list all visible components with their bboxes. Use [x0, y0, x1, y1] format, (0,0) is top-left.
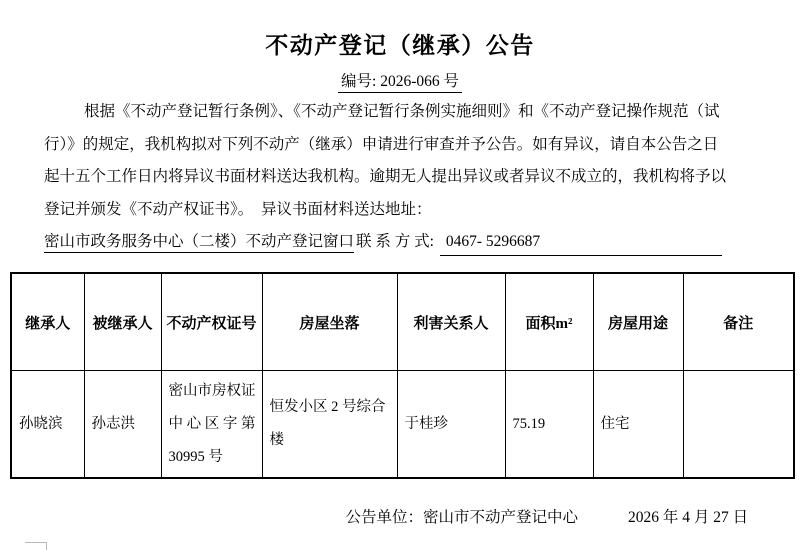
contact-phone: 0467- 5296687 — [440, 230, 722, 256]
col-header-house-location: 房屋坐落 — [262, 273, 397, 371]
col-header-remarks: 备注 — [683, 273, 794, 371]
col-header-decedent: 被继承人 — [84, 273, 161, 371]
cell-cert-number: 密山市房权证 中 心 区 字 第 30995 号 — [161, 371, 262, 479]
notice-line: 根据《不动产登记暂行条例》、《不动产登记暂行条例实施细则》和《不动产登记操作规范… — [44, 96, 758, 129]
contact-label: 联 系 方 式: — [354, 233, 440, 250]
address-line: 密山市政务服务中心（二楼）不动产登记窗口联 系 方 式: 0467- 52966… — [44, 226, 758, 259]
notice-body: 根据《不动产登记暂行条例》、《不动产登记暂行条例实施细则》和《不动产登记操作规范… — [44, 96, 758, 259]
footer: 公告单位：密山市不动产登记中心2026 年 4 月 27 日 — [330, 487, 748, 545]
doc-number: 编号: 2026-066 号 — [338, 73, 462, 93]
document-page: 不动产登记（继承）公告 编号: 2026-066 号 根据《不动产登记暂行条例》… — [0, 0, 800, 550]
notice-line: 行）》的规定，我机构拟对下列不动产（继承）申请进行审查并予公告。如有异议，请自本… — [44, 129, 758, 162]
doc-number-line: 编号: 2026-066 号 — [0, 69, 800, 91]
col-header-house-use: 房屋用途 — [593, 273, 683, 371]
issuing-unit: 公告单位：密山市不动产登记中心 — [346, 509, 579, 526]
cell-heir: 孙晓滨 — [11, 371, 84, 479]
col-header-area: 面积m² — [505, 273, 593, 371]
col-header-heir: 继承人 — [11, 273, 84, 371]
cell-decedent: 孙志洪 — [84, 371, 161, 479]
table-header-row: 继承人 被继承人 不动产权证号 房屋坐落 利害关系人 面积m² 房屋用途 备注 — [11, 273, 794, 371]
col-header-stakeholder: 利害关系人 — [397, 273, 505, 371]
cell-stakeholder: 于桂珍 — [397, 371, 505, 479]
delivery-address: 密山市政务服务中心（二楼）不动产登记窗口 — [44, 233, 354, 253]
notice-line: 登记并颁发《不动产权证书》。 异议书面材料送达地址： — [44, 194, 758, 227]
table-row: 孙晓滨 孙志洪 密山市房权证 中 心 区 字 第 30995 号 恒发小区 2 … — [11, 371, 794, 479]
cell-remarks — [683, 371, 794, 479]
page-corner-mark — [25, 542, 47, 550]
page-title: 不动产登记（继承）公告 — [0, 27, 800, 60]
cell-house-use: 住宅 — [593, 371, 683, 479]
col-header-cert-number: 不动产权证号 — [161, 273, 262, 371]
issue-date: 2026 年 4 月 27 日 — [628, 509, 748, 526]
cell-area: 75.19 — [505, 371, 593, 479]
cell-house-location: 恒发小区 2 号综合 楼 — [262, 371, 397, 479]
notice-line: 起十五个工作日内将异议书面材料送达我机构。逾期无人提出异议或者异议不成立的，我机… — [44, 161, 758, 194]
announcement-table: 继承人 被继承人 不动产权证号 房屋坐落 利害关系人 面积m² 房屋用途 备注 … — [10, 272, 795, 479]
